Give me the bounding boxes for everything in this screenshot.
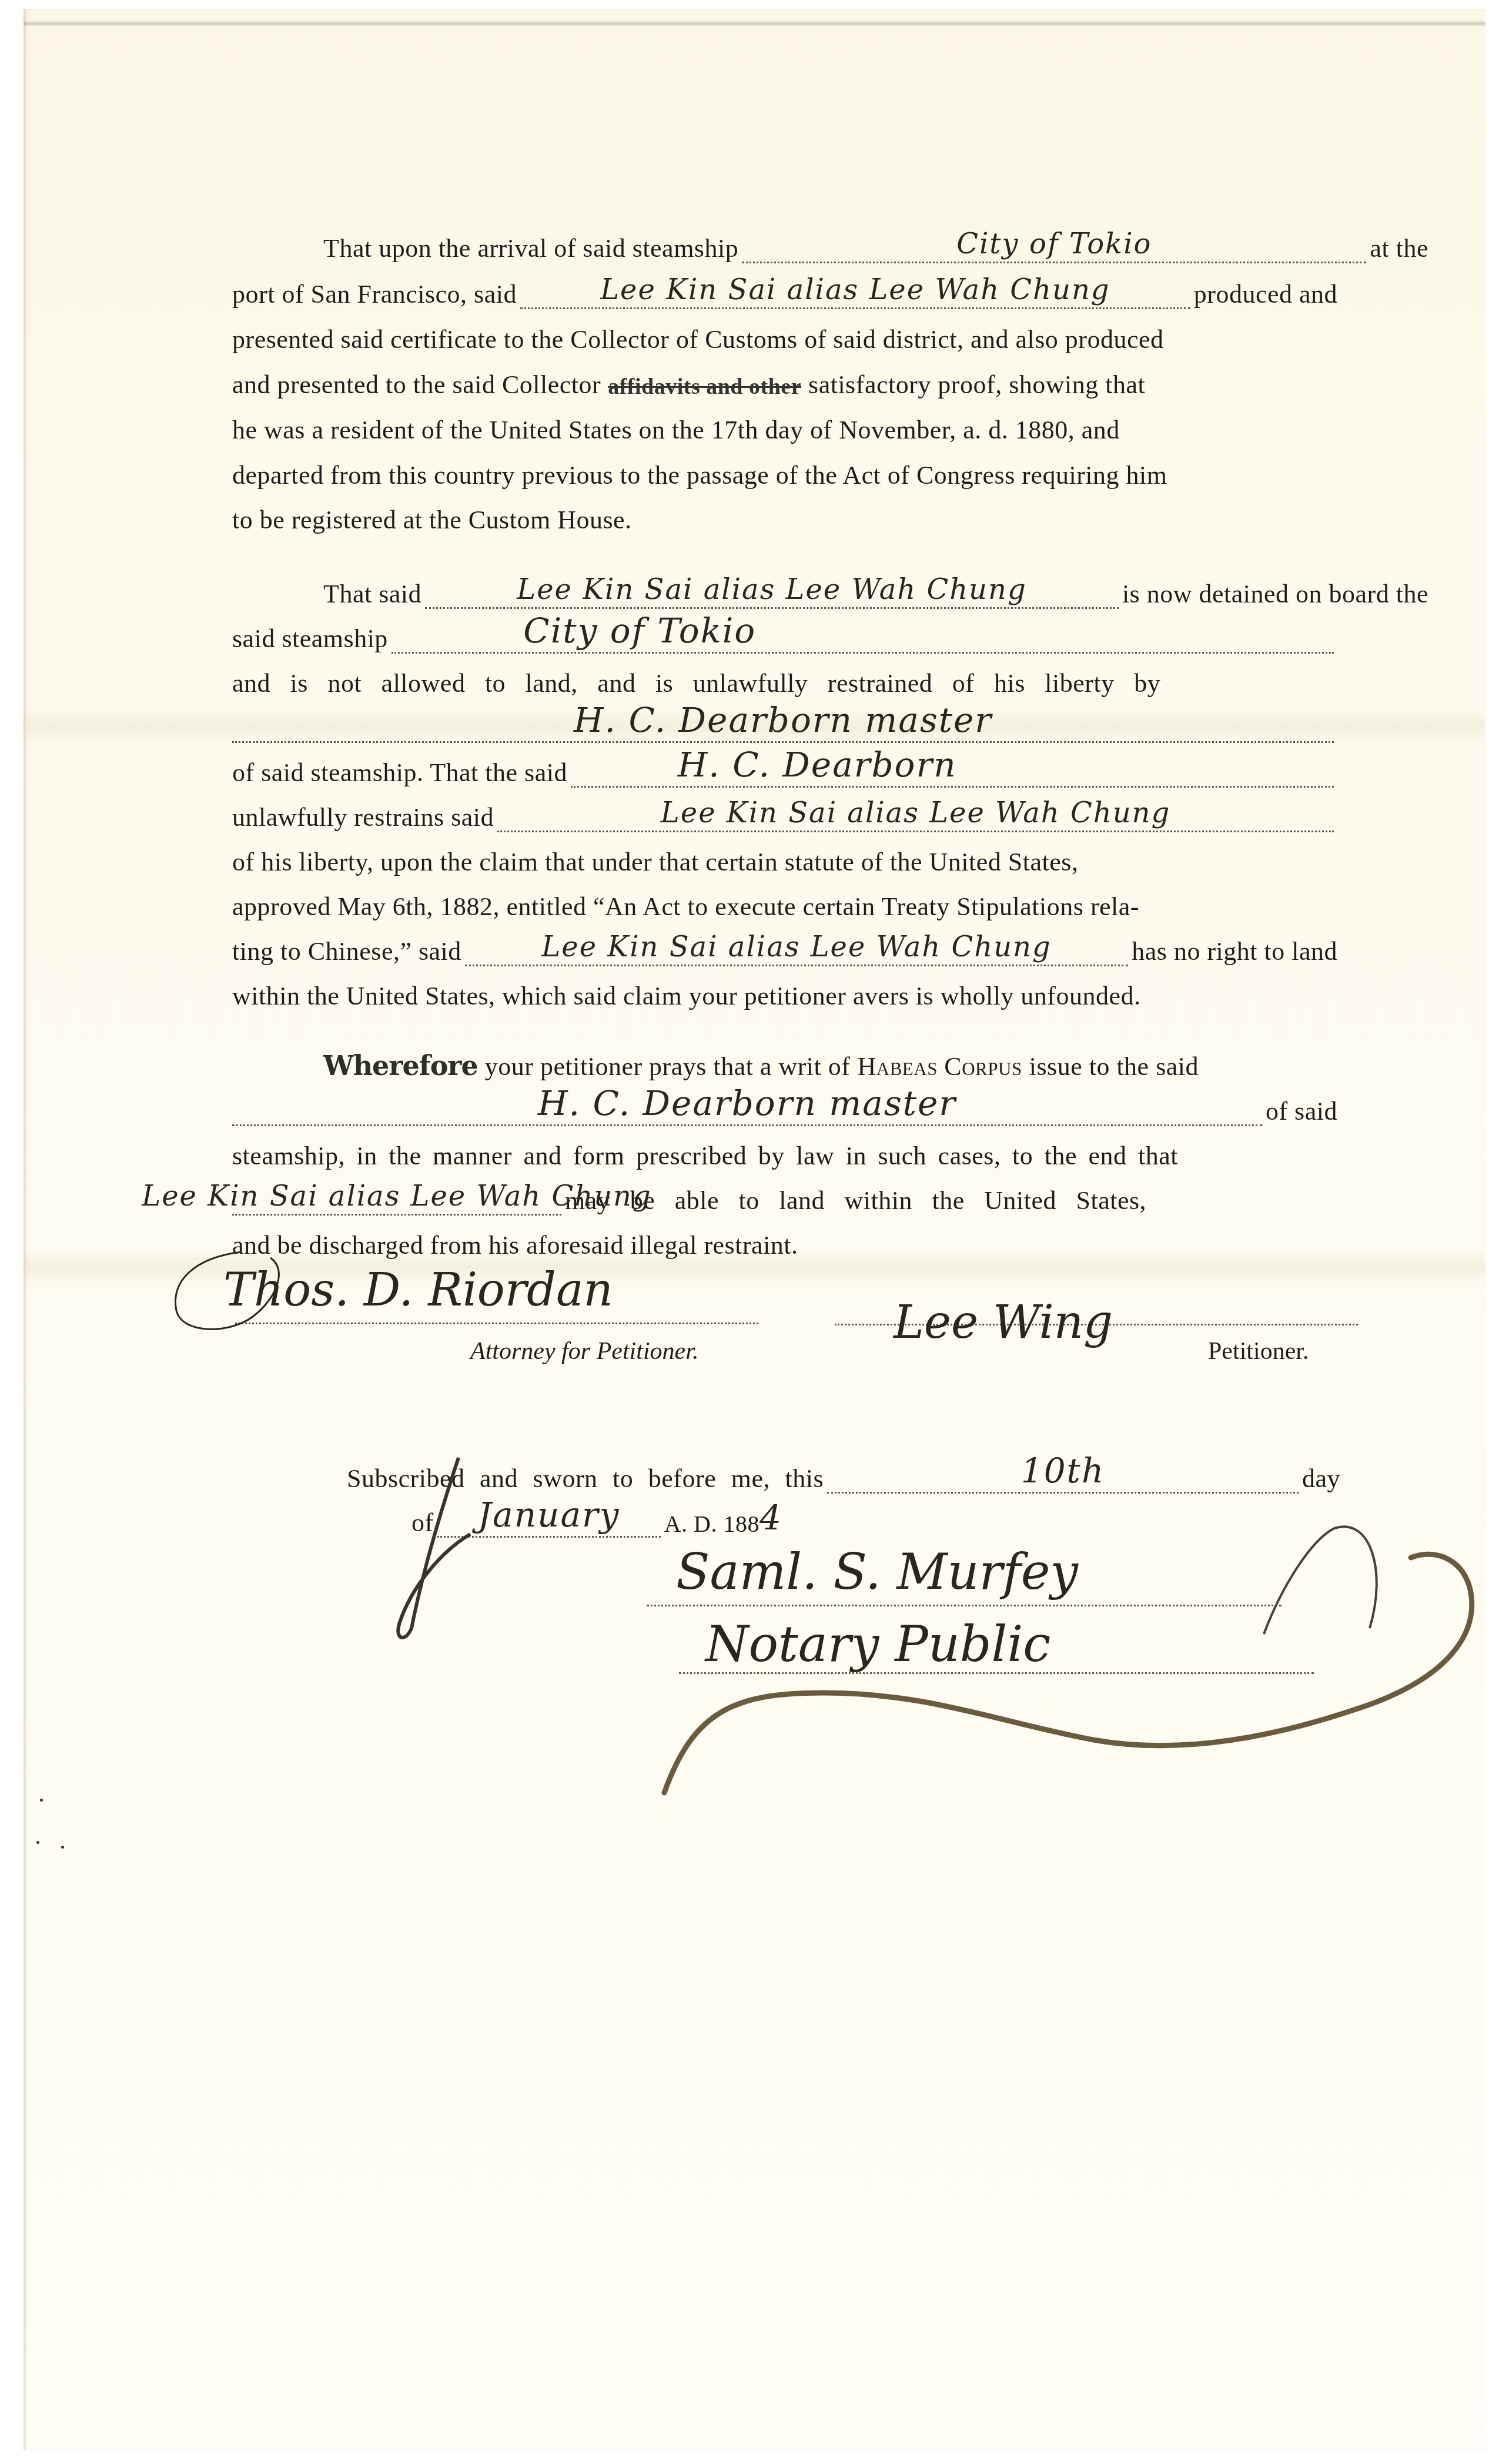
- handwritten-month: January: [478, 1495, 620, 1535]
- static-text: within the United States, which said cla…: [232, 981, 1141, 1011]
- blank-person-name: Lee Kin Sai alias Lee Wah Chung: [465, 932, 1128, 966]
- static-text: said steamship: [232, 624, 388, 654]
- handwritten-master: H. C. Dearborn master: [574, 700, 992, 740]
- static-text: to be registered at the Custom House.: [232, 505, 632, 535]
- p1-line-7: to be registered at the Custom House.: [232, 490, 1337, 535]
- blank-master-name: H. C. Dearborn master: [232, 708, 1334, 743]
- blank-master-name: H. C. Dearborn: [571, 753, 1334, 788]
- attorney-flourish-icon: [159, 1246, 335, 1340]
- blank-person-name: Lee Kin Sai alias Lee Wah Chung: [520, 274, 1190, 309]
- blank-person-name: Lee Kin Sai alias Lee Wah Chung: [497, 798, 1334, 832]
- static-text: That said: [323, 579, 421, 609]
- static-text: he was a resident of the United States o…: [232, 415, 1120, 445]
- static-text: presented said certificate to the Collec…: [232, 324, 1164, 354]
- static-text: That upon the arrival of said steamship: [323, 233, 738, 263]
- blank-day: 10th: [827, 1459, 1299, 1494]
- static-text: your petitioner prays that a writ of: [485, 1052, 851, 1082]
- static-text: of said steamship. That the said: [232, 758, 567, 788]
- notary-flourish-icon: [647, 1516, 1499, 1799]
- static-text: and is not allowed to land, and is unlaw…: [232, 668, 1160, 698]
- handwritten-master: H. C. Dearborn: [678, 745, 957, 785]
- handwritten-name: Lee Kin Sai alias Lee Wah Chung: [517, 573, 1026, 606]
- handwritten-master: H. C. Dearborn master: [538, 1083, 956, 1123]
- p2-line-1: That said Lee Kin Sai alias Lee Wah Chun…: [232, 564, 1428, 609]
- handwritten-name: Lee Kin Sai alias Lee Wah Chung: [142, 1180, 651, 1213]
- handwritten-name: Lee Kin Sai alias Lee Wah Chung: [600, 273, 1110, 306]
- petitioner-label: Petitioner.: [1208, 1337, 1309, 1365]
- ink-speck: [36, 1841, 39, 1844]
- static-text: steamship, in the manner and form prescr…: [232, 1141, 1178, 1171]
- static-text: issue to the said: [1029, 1052, 1199, 1082]
- static-text: port of San Francisco, said: [232, 279, 517, 309]
- p3-line-3: steamship, in the manner and form prescr…: [232, 1126, 1337, 1171]
- p2-line-7: of his liberty, upon the claim that unde…: [232, 832, 1337, 877]
- static-text: of his liberty, upon the claim that unde…: [232, 847, 1078, 877]
- struck-text: affidavits and other: [608, 374, 801, 400]
- p3-line-5: and be discharged from his aforesaid ill…: [232, 1216, 1337, 1260]
- gothic-heading-word: Wherefore: [323, 1050, 478, 1082]
- handwritten-name: Lee Kin Sai alias Lee Wah Chung: [661, 796, 1170, 829]
- static-text: satisfactory proof, showing that: [808, 370, 1145, 400]
- handwritten-day: 10th: [1021, 1451, 1105, 1491]
- blank-steamship-name: City of Tokio: [742, 229, 1366, 263]
- p2-line-8: approved May 6th, 1882, entitled “An Act…: [232, 877, 1337, 922]
- static-text: day: [1302, 1464, 1340, 1494]
- handwritten-steamship: City of Tokio: [956, 227, 1152, 260]
- p3-line-4: Lee Kin Sai alias Lee Wah Chung may be a…: [232, 1171, 1337, 1216]
- p2-line-6: unlawfully restrains said Lee Kin Sai al…: [232, 788, 1337, 832]
- p3-line-2: H. C. Dearborn master of said: [232, 1082, 1337, 1126]
- static-text: may be able to land within the United St…: [565, 1186, 1146, 1216]
- attorney-label: Attorney for Petitioner.: [470, 1337, 698, 1365]
- p2-line-2: said steamship City of Tokio: [232, 609, 1337, 654]
- ink-speck: [40, 1799, 43, 1802]
- static-text: and presented to the said Collector: [232, 370, 601, 400]
- p2-line-5: of said steamship. That the said H. C. D…: [232, 743, 1337, 788]
- static-text: approved May 6th, 1882, entitled “An Act…: [232, 892, 1139, 922]
- blank-steamship-name: City of Tokio: [392, 619, 1334, 654]
- handwritten-name: Lee Kin Sai alias Lee Wah Chung: [541, 930, 1051, 963]
- static-text: of said: [1266, 1096, 1337, 1126]
- p3-line-1: Wherefore your petitioner prays that a w…: [232, 1037, 1428, 1082]
- static-text: has no right to land: [1132, 936, 1337, 966]
- p1-line-4: and presented to the said Collector affi…: [232, 355, 1337, 400]
- static-text: departed from this country previous to t…: [232, 460, 1167, 490]
- p2-line-3: and is not allowed to land, and is unlaw…: [232, 654, 1337, 698]
- p2-line-4: H. C. Dearborn master: [232, 698, 1337, 743]
- jurat-line-1: Subscribed and sworn to before me, this …: [347, 1449, 1340, 1494]
- p1-line-5: he was a resident of the United States o…: [232, 400, 1337, 445]
- ink-speck: [61, 1846, 64, 1849]
- p1-line-1: That upon the arrival of said steamship …: [232, 219, 1428, 263]
- static-text: produced and: [1194, 279, 1337, 309]
- p2-line-10: within the United States, which said cla…: [232, 966, 1337, 1011]
- blank-person-name: Lee Kin Sai alias Lee Wah Chung: [425, 574, 1119, 609]
- blank-person-name: Lee Kin Sai alias Lee Wah Chung: [232, 1181, 561, 1216]
- p1-line-3: presented said certificate to the Collec…: [232, 310, 1337, 354]
- p1-line-6: departed from this country previous to t…: [232, 446, 1337, 490]
- static-text: ting to Chinese,” said: [232, 936, 461, 966]
- static-text: is now detained on board the: [1122, 579, 1428, 609]
- handwritten-steamship: City of Tokio: [523, 611, 756, 651]
- page-top-edge-shadow: [24, 21, 1485, 26]
- small-caps-term: Habeas Corpus: [857, 1052, 1022, 1082]
- petitioner-signature: Lee Wing: [894, 1296, 1113, 1349]
- static-text: unlawfully restrains said: [232, 802, 494, 832]
- p1-line-2: port of San Francisco, said Lee Kin Sai …: [232, 265, 1337, 309]
- blank-master-name: H. C. Dearborn master: [232, 1092, 1262, 1126]
- p2-line-9: ting to Chinese,” said Lee Kin Sai alias…: [232, 922, 1337, 966]
- month-j-flourish-icon: [388, 1452, 482, 1646]
- static-text: at the: [1370, 233, 1428, 263]
